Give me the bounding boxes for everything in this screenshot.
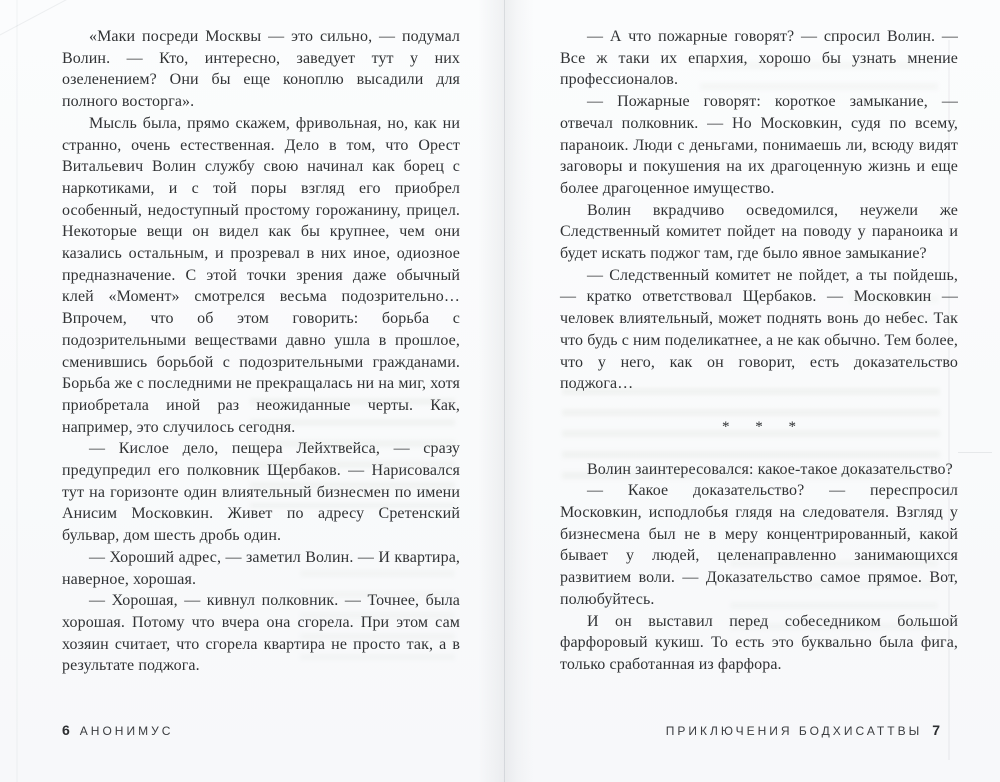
right-margin-crease: [958, 452, 992, 453]
right-page-number: 7: [932, 722, 940, 738]
paragraph: Мысль была, прямо скажем, фривольная, но…: [62, 113, 460, 439]
left-page-number: 6: [62, 722, 70, 738]
paragraph: — Пожарные говорят: короткое замыкание, …: [560, 91, 958, 200]
paragraph: — Хорошая, — кивнул полковник. — Точнее,…: [62, 590, 460, 677]
page-gutter-line: [504, 0, 505, 782]
left-page-text-column: «Маки посреди Москвы — это сильно, — под…: [62, 26, 460, 677]
top-left-crease: [0, 0, 71, 40]
left-running-title: АНОНИМУС: [80, 724, 174, 738]
page-gutter-shadow: [478, 0, 534, 782]
paragraph: Волин вкрадчиво осведомился, неужели же …: [560, 200, 958, 265]
paragraph: — Хороший адрес, — заметил Волин. — И кв…: [62, 547, 460, 590]
left-page-edge-crease: [16, 0, 18, 782]
right-running-title: ПРИКЛЮЧЕНИЯ БОДХИСАТТВЫ: [666, 724, 922, 738]
paragraph: — Следственный комитет не пойдет, а ты п…: [560, 265, 958, 395]
paragraph: «Маки посреди Москвы — это сильно, — под…: [62, 26, 460, 113]
paragraph: — А что пожарные говорят? — спросил Воли…: [560, 26, 958, 91]
right-page-footer: ПРИКЛЮЧЕНИЯ БОДХИСАТТВЫ7: [542, 722, 940, 738]
right-page-text-column: — А что пожарные говорят? — спросил Воли…: [560, 26, 958, 676]
book-scan-spread: «Маки посреди Москвы — это сильно, — под…: [0, 0, 1000, 782]
paragraph: И он выставил перед собеседником большой…: [560, 611, 958, 676]
paragraph: — Кислое дело, пещера Лейхтвейса, — сраз…: [62, 438, 460, 547]
paragraph: Волин заинтересовался: какое-такое доказ…: [560, 459, 958, 481]
left-page-footer: 6АНОНИМУС: [62, 722, 460, 738]
paragraph: — Какое доказательство? — переспросил Мо…: [560, 480, 958, 610]
section-break-asterisks: * * *: [560, 417, 958, 439]
